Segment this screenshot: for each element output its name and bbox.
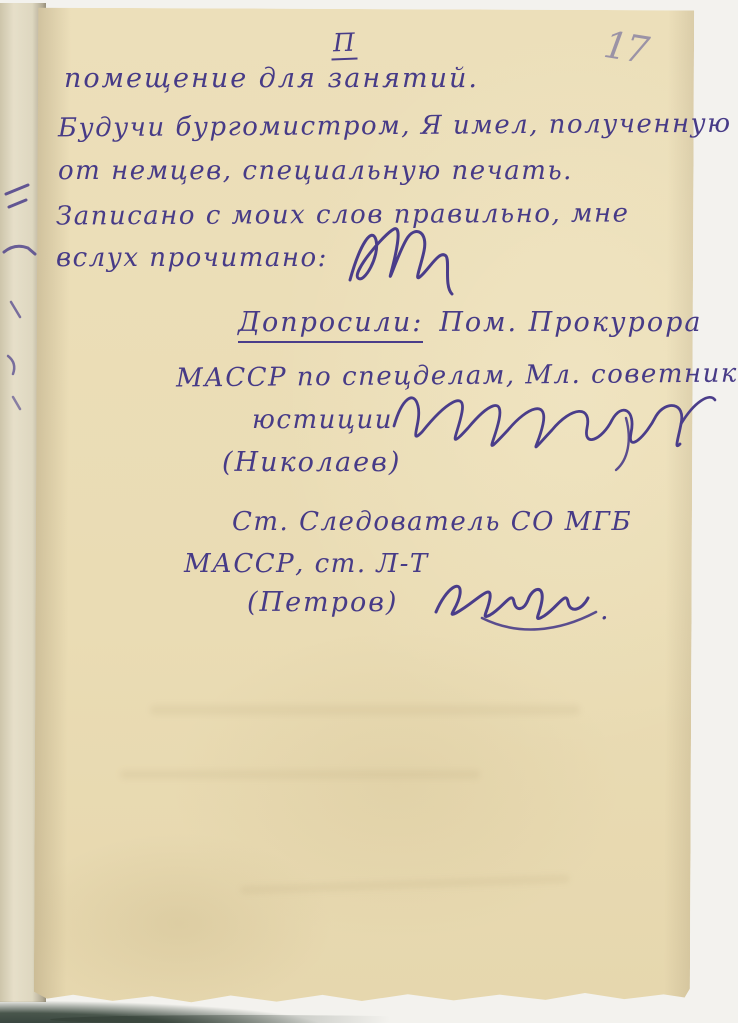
text-line-2: Будучи бургомистром, Я имел, полученную (58, 110, 732, 143)
attestation-line-6: МАССР, ст. Л-Т (184, 550, 429, 579)
interrogator2-name: (Петров) (247, 588, 398, 618)
show-through-mark (150, 705, 580, 715)
text-line-5: вслух прочитано: (56, 244, 328, 273)
text-line-1: помещение для занятий. (64, 64, 479, 94)
deponent-signature (340, 216, 470, 306)
section-marker: П (330, 28, 357, 61)
interrogators-label: Допросили: (238, 307, 423, 343)
interrogator1-name: (Николаев) (222, 448, 401, 478)
attestation-line-5: Ст. Следователь СО МГБ (232, 508, 632, 537)
signature-end-mark: . (600, 596, 611, 626)
page-number: 17 (601, 23, 650, 72)
attestation-line-1: Допросили:Пом. Прокурора (238, 308, 702, 338)
scanned-document: { "document": { "kind": "handwritten int… (0, 0, 738, 1023)
show-through-mark (120, 770, 480, 779)
nikolaev-signature (388, 378, 723, 473)
interrogator1-title-1: Пом. Прокурора (439, 307, 702, 338)
margin-ink-marks (0, 150, 42, 490)
petrov-signature (430, 560, 620, 640)
scanner-table-shadow (50, 1015, 450, 1023)
attestation-line-3: юстиции (252, 406, 393, 435)
text-line-3: от немцев, специальную печать. (58, 157, 573, 186)
